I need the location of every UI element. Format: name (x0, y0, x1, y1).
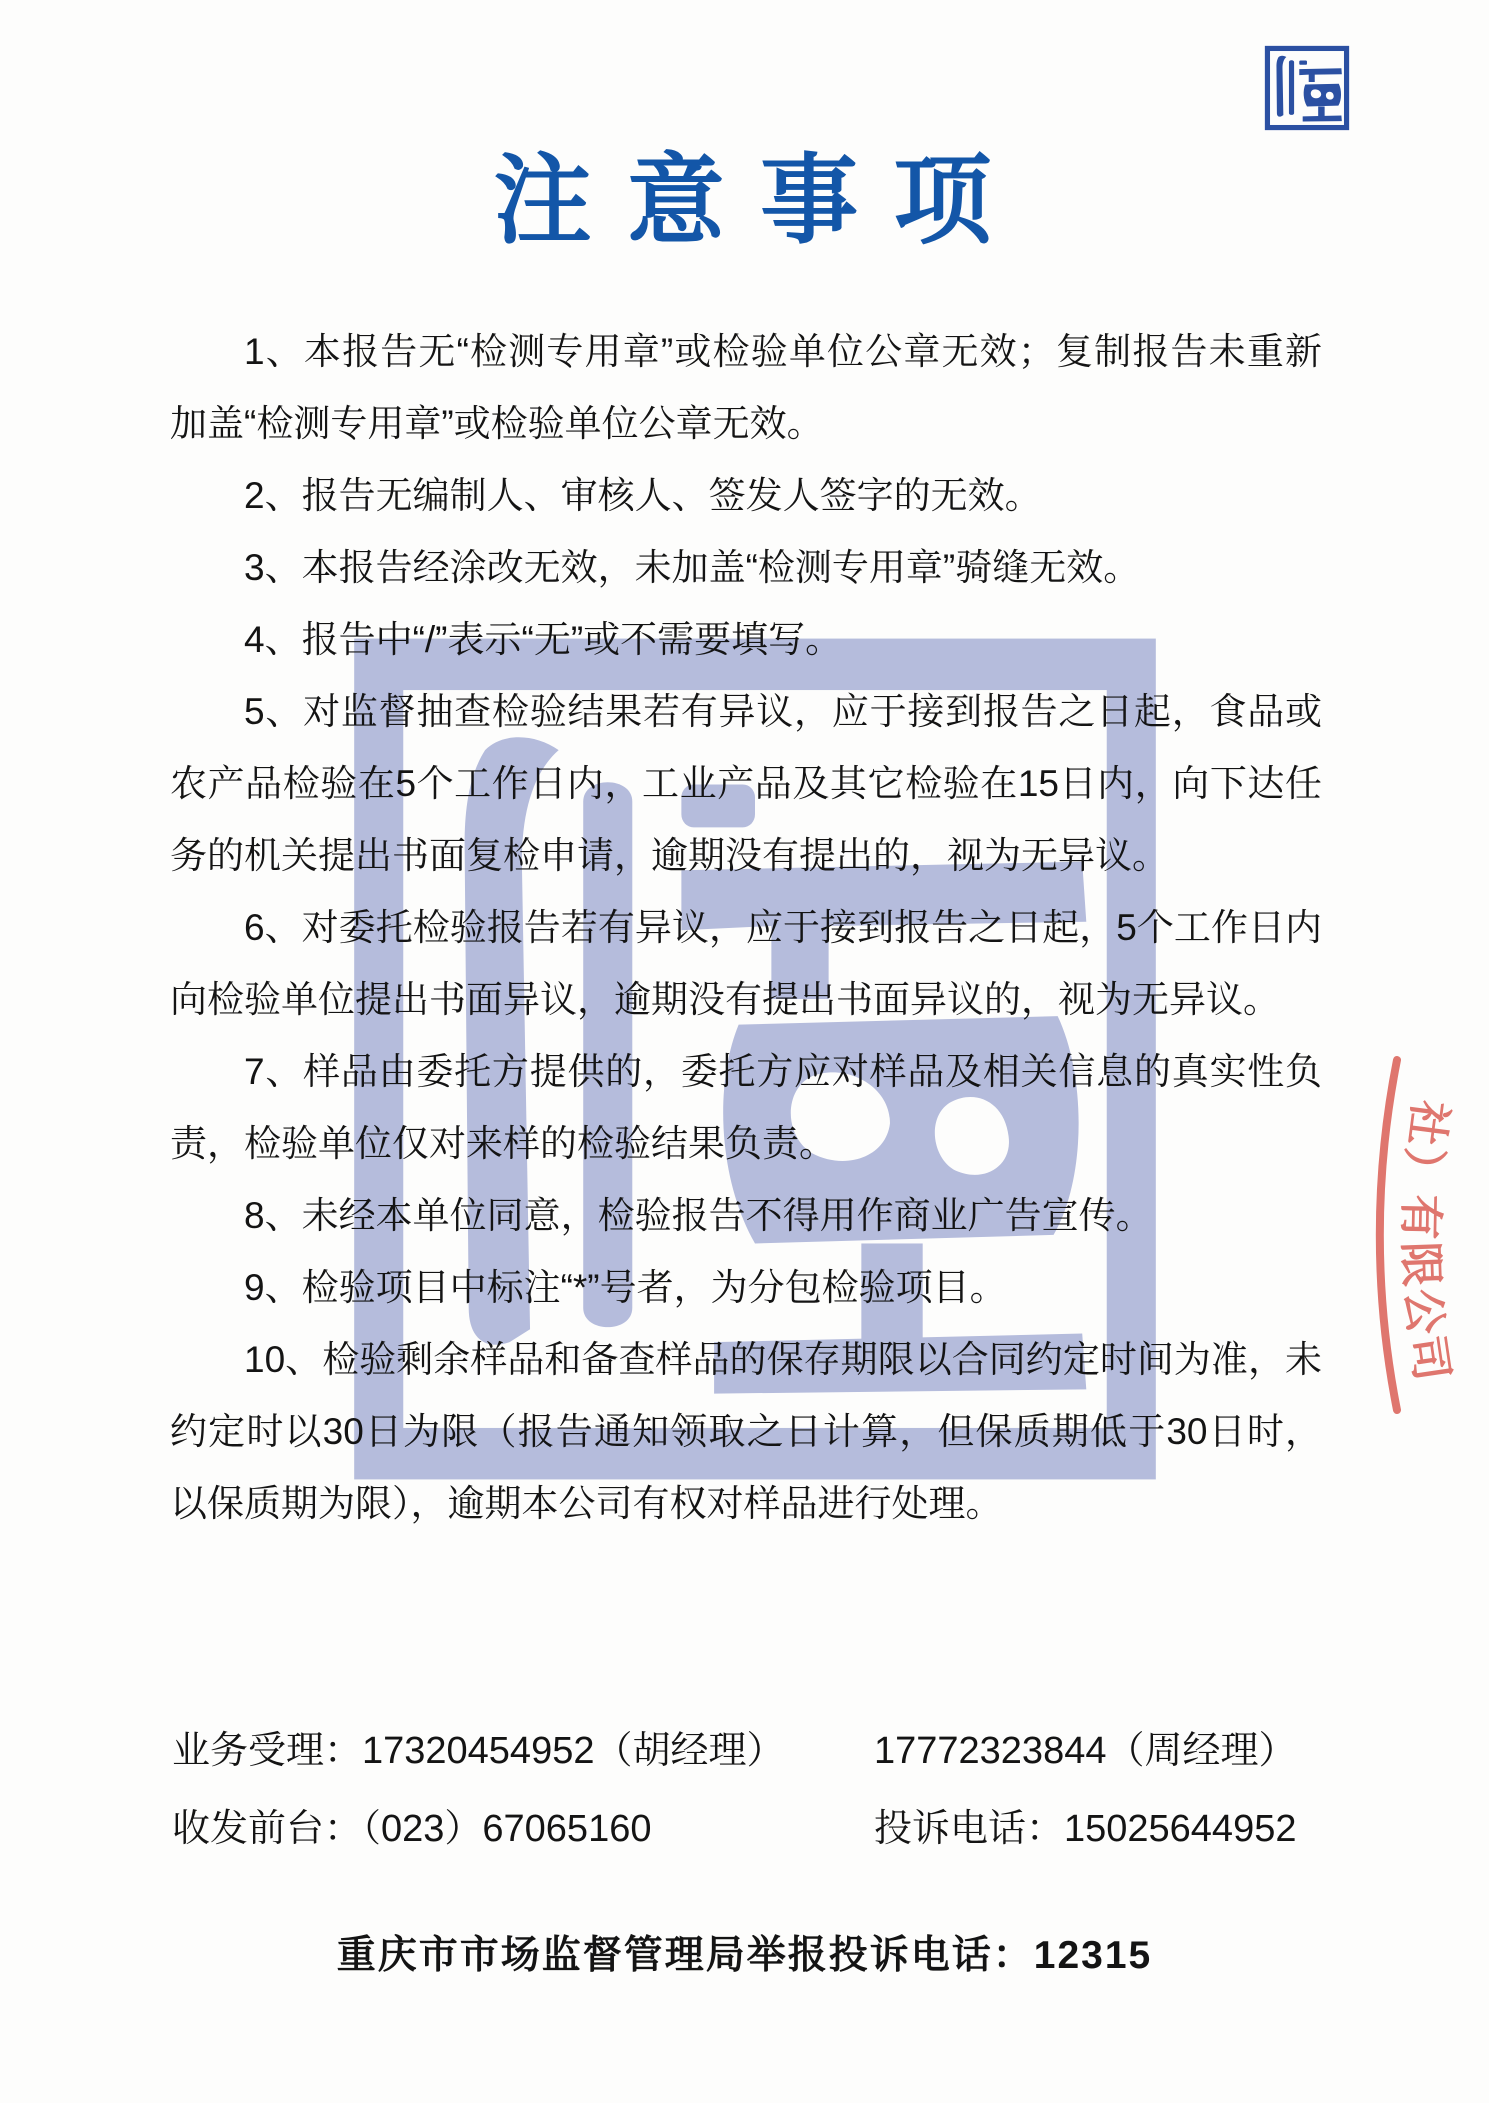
company-seal-logo-icon (1264, 45, 1350, 131)
note-item-6: 6、对委托检验报告若有异议，应于接到报告之日起，5个工作日内向检验单位提出书面异… (170, 892, 1322, 1036)
business-phone-line: 业务受理：17320454952（胡经理） (172, 1712, 874, 1790)
contact-section: 业务受理：17320454952（胡经理） 17772323844（周经理） 收… (172, 1712, 1332, 1868)
notes-list: 1、本报告无“检测专用章”或检验单位公章无效；复制报告未重新加盖“检测专用章”或… (170, 316, 1322, 1540)
red-company-stamp: 社）有限公司 (1330, 1040, 1489, 1430)
report-hotline: 重庆市市场监督管理局举报投诉电话：12315 (0, 1924, 1489, 1980)
complaint-phone-line: 投诉电话：15025644952 (874, 1790, 1332, 1868)
front-desk-phone-line: 收发前台：（023）67065160 (172, 1790, 874, 1868)
page: 注 意 事 项 1、本报告无“检测专用章”或检验单位公章无效；复制报告未重新加盖… (0, 0, 1489, 2103)
note-item-9: 9、检验项目中标注“*”号者，为分包检验项目。 (170, 1252, 1322, 1324)
note-item-2: 2、报告无编制人、审核人、签发人签字的无效。 (170, 460, 1322, 532)
note-item-4: 4、报告中“/”表示“无”或不需要填写。 (170, 604, 1322, 676)
note-item-10: 10、检验剩余样品和备查样品的保存期限以合同约定时间为准，未约定时以30日为限（… (170, 1324, 1322, 1540)
note-item-3: 3、本报告经涂改无效，未加盖“检测专用章”骑缝无效。 (170, 532, 1322, 604)
note-item-1: 1、本报告无“检测专用章”或检验单位公章无效；复制报告未重新加盖“检测专用章”或… (170, 316, 1322, 460)
note-item-8: 8、未经本单位同意，检验报告不得用作商业广告宣传。 (170, 1180, 1322, 1252)
stamp-arc-text: 社）有限公司 (1395, 1097, 1459, 1387)
note-item-5: 5、对监督抽查检验结果若有异议，应于接到报告之日起，食品或农产品检验在5个工作日… (170, 676, 1322, 892)
business-phone-line-2: 17772323844（周经理） (874, 1712, 1332, 1790)
contact-row-2: 收发前台：（023）67065160 投诉电话：15025644952 (172, 1790, 1332, 1868)
page-title: 注 意 事 项 (0, 122, 1489, 263)
contact-row-1: 业务受理：17320454952（胡经理） 17772323844（周经理） (172, 1712, 1332, 1790)
note-item-7: 7、样品由委托方提供的，委托方应对样品及相关信息的真实性负责，检验单位仅对来样的… (170, 1036, 1322, 1180)
